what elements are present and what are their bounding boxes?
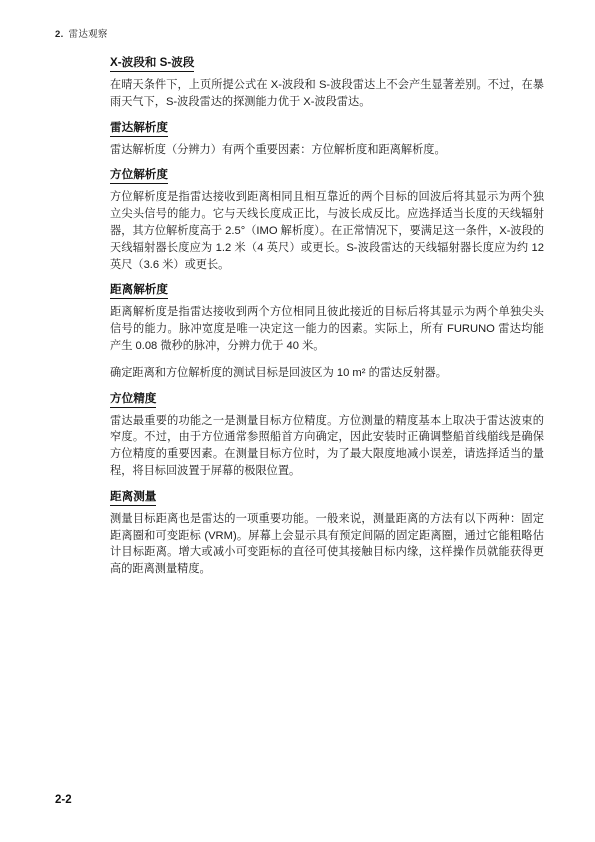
paragraph: 方位解析度是指雷达接收到距离相同且相互靠近的两个目标的回波后将其显示为两个独立尖… — [110, 189, 544, 273]
chapter-title: 雷达观察 — [69, 29, 108, 40]
section-heading-text: 雷达解析度 — [110, 121, 168, 137]
section-heading-text: 方位精度 — [110, 392, 156, 408]
section-bearing-accuracy: 方位精度 雷达最重要的功能之一是测量目标方位精度。方位测量的精度基本上取决于雷达… — [110, 392, 544, 480]
section-heading: 方位解析度 — [110, 168, 544, 184]
paragraph: 雷达最重要的功能之一是测量目标方位精度。方位测量的精度基本上取决于雷达波束的窄度… — [110, 413, 544, 480]
document-page: 2.雷达观察 X-波段和 S-波段 在晴天条件下，上页所提公式在 X-波段和 S… — [0, 0, 595, 842]
section-heading-text: 距离解析度 — [110, 283, 168, 299]
paragraph: 测量目标距离也是雷达的一项重要功能。一般来说，测量距离的方法有以下两种：固定距离… — [110, 511, 544, 578]
section-range-measurement: 距离测量 测量目标距离也是雷达的一项重要功能。一般来说，测量距离的方法有以下两种… — [110, 490, 544, 578]
paragraph: 雷达解析度（分辨力）有两个重要因素：方位解析度和距离解析度。 — [110, 142, 544, 159]
chapter-number: 2. — [55, 29, 64, 40]
section-radar-resolution: 雷达解析度 雷达解析度（分辨力）有两个重要因素：方位解析度和距离解析度。 — [110, 121, 544, 159]
section-heading-text: X-波段和 S-波段 — [110, 56, 194, 72]
section-xband-sband: X-波段和 S-波段 在晴天条件下，上页所提公式在 X-波段和 S-波段雷达上不… — [110, 56, 544, 111]
section-heading: 雷达解析度 — [110, 121, 544, 137]
page-content: X-波段和 S-波段 在晴天条件下，上页所提公式在 X-波段和 S-波段雷达上不… — [110, 56, 544, 588]
section-heading: X-波段和 S-波段 — [110, 56, 544, 72]
section-heading-text: 距离测量 — [110, 490, 156, 506]
section-heading: 距离测量 — [110, 490, 544, 506]
section-heading-text: 方位解析度 — [110, 168, 168, 184]
paragraph: 距离解析度是指雷达接收到两个方位相同且彼此接近的目标后将其显示为两个单独尖头信号… — [110, 304, 544, 354]
paragraph: 在晴天条件下，上页所提公式在 X-波段和 S-波段雷达上不会产生显著差别。不过，… — [110, 77, 544, 111]
section-heading: 距离解析度 — [110, 283, 544, 299]
section-range-resolution: 距离解析度 距离解析度是指雷达接收到两个方位相同且彼此接近的目标后将其显示为两个… — [110, 283, 544, 381]
section-bearing-resolution: 方位解析度 方位解析度是指雷达接收到距离相同且相互靠近的两个目标的回波后将其显示… — [110, 168, 544, 273]
section-heading: 方位精度 — [110, 392, 544, 408]
page-number: 2-2 — [55, 794, 72, 806]
chapter-header: 2.雷达观察 — [55, 26, 108, 40]
paragraph: 确定距离和方位解析度的测试目标是回波区为 10 m² 的雷达反射器。 — [110, 365, 544, 382]
